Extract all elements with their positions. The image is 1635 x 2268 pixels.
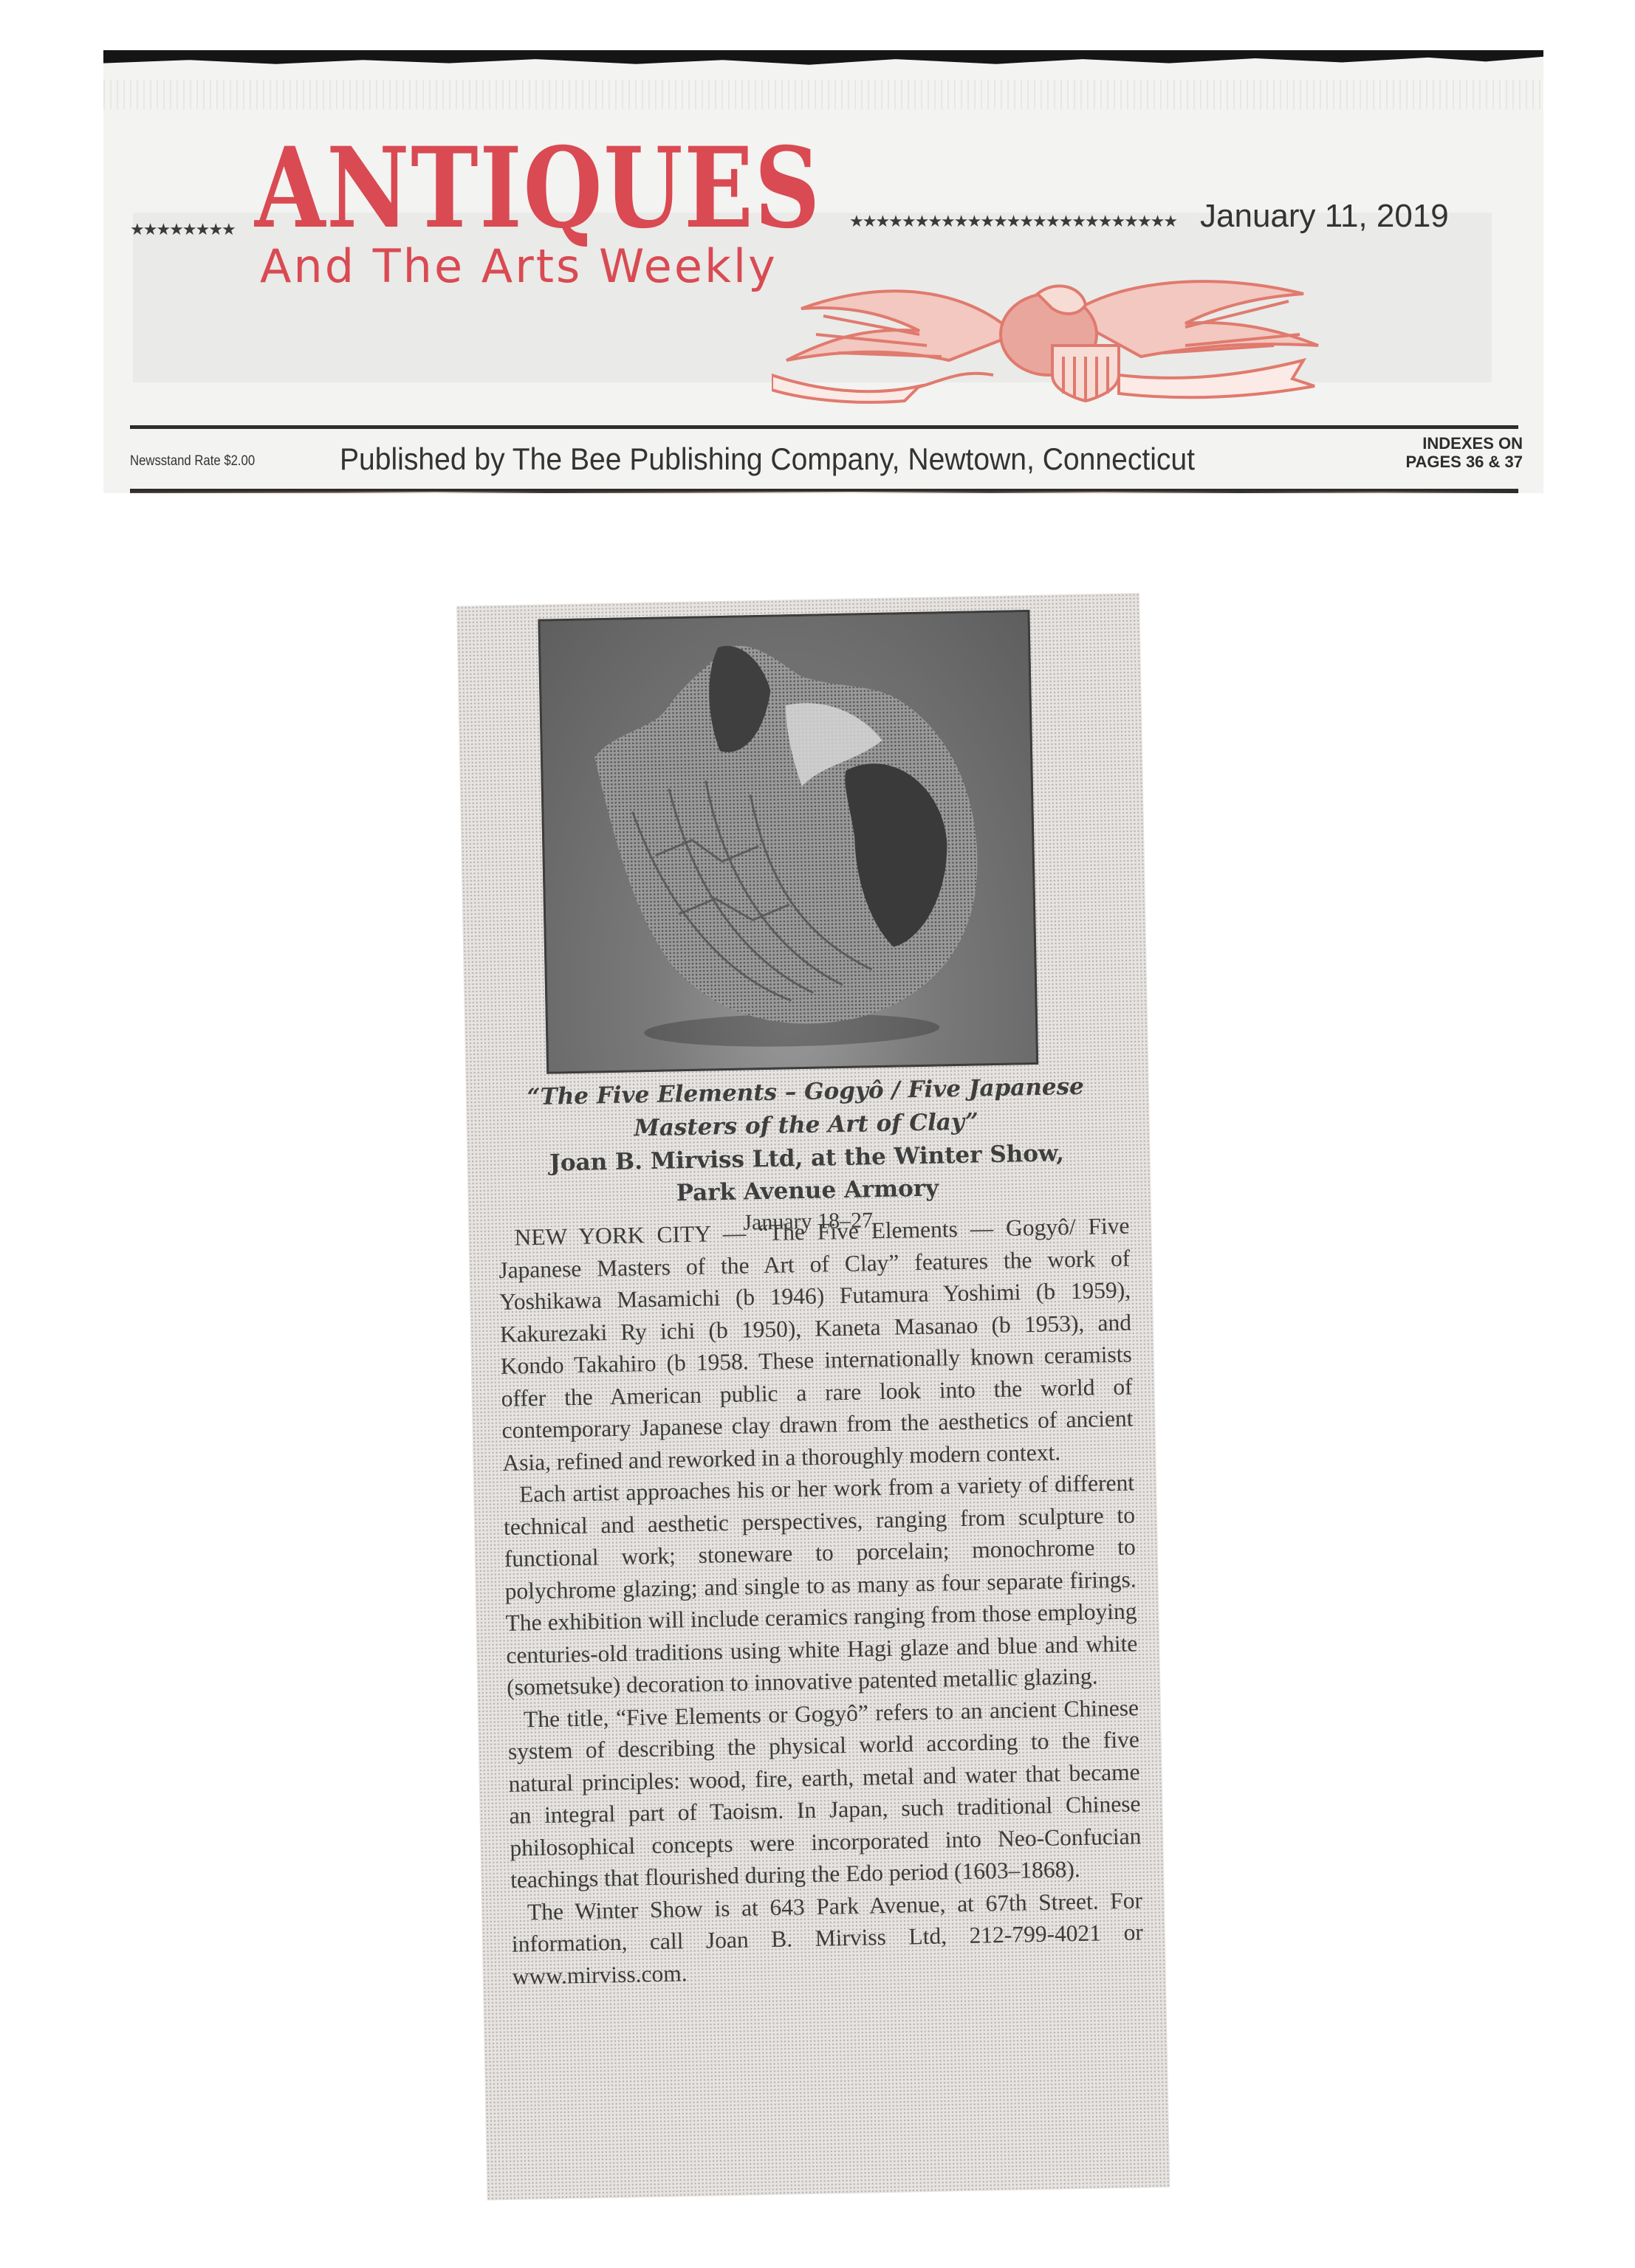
article-paragraph: The Winter Show is at 643 Park Avenue, a… [511, 1884, 1144, 1993]
article-clipping: “The Five Elements – Gogyô / Five Japane… [456, 593, 1170, 2200]
torn-paper-edge [103, 50, 1543, 66]
article-paragraph: NEW YORK CITY — “The Five Elements — Gog… [498, 1210, 1134, 1479]
article-body: NEW YORK CITY — “The Five Elements — Gog… [498, 1210, 1144, 1993]
masthead-title: ANTIQUES [255, 133, 821, 244]
eagle-shield-banner-icon [772, 264, 1333, 405]
indexes-line-2: PAGES 36 & 37 [1368, 453, 1523, 471]
ceramic-vessel-icon [541, 612, 1037, 1072]
publisher-line: Published by The Bee Publishing Company,… [340, 441, 1195, 477]
ceramic-vessel-photo [538, 610, 1038, 1074]
star-row-left-icon: ★★★★★★★★ [130, 222, 235, 238]
article-paragraph: Each artist approaches his or her work f… [503, 1466, 1139, 1703]
article-paragraph: The title, “Five Elements or Gogyô” refe… [507, 1691, 1142, 1896]
masthead-subtitle: And The Arts Weekly [260, 244, 778, 289]
issue-date: January 11, 2019 [1200, 198, 1449, 235]
newspaper-masthead: ★★★★★★★★ ANTIQUES And The Arts Weekly ★★… [103, 50, 1543, 493]
perforation-texture [103, 80, 1543, 109]
star-row-right-icon: ★★★★★★★★★★★★★★★★★★★★★★★★★ [849, 214, 1176, 230]
newsstand-rate: Newsstand Rate $2.00 [130, 453, 255, 470]
indexes-line-1: INDEXES ON [1368, 434, 1523, 453]
masthead-top-rule [130, 425, 1518, 429]
cover-photo-strip [130, 492, 1518, 493]
indexes-note: INDEXES ON PAGES 36 & 37 [1368, 434, 1523, 472]
